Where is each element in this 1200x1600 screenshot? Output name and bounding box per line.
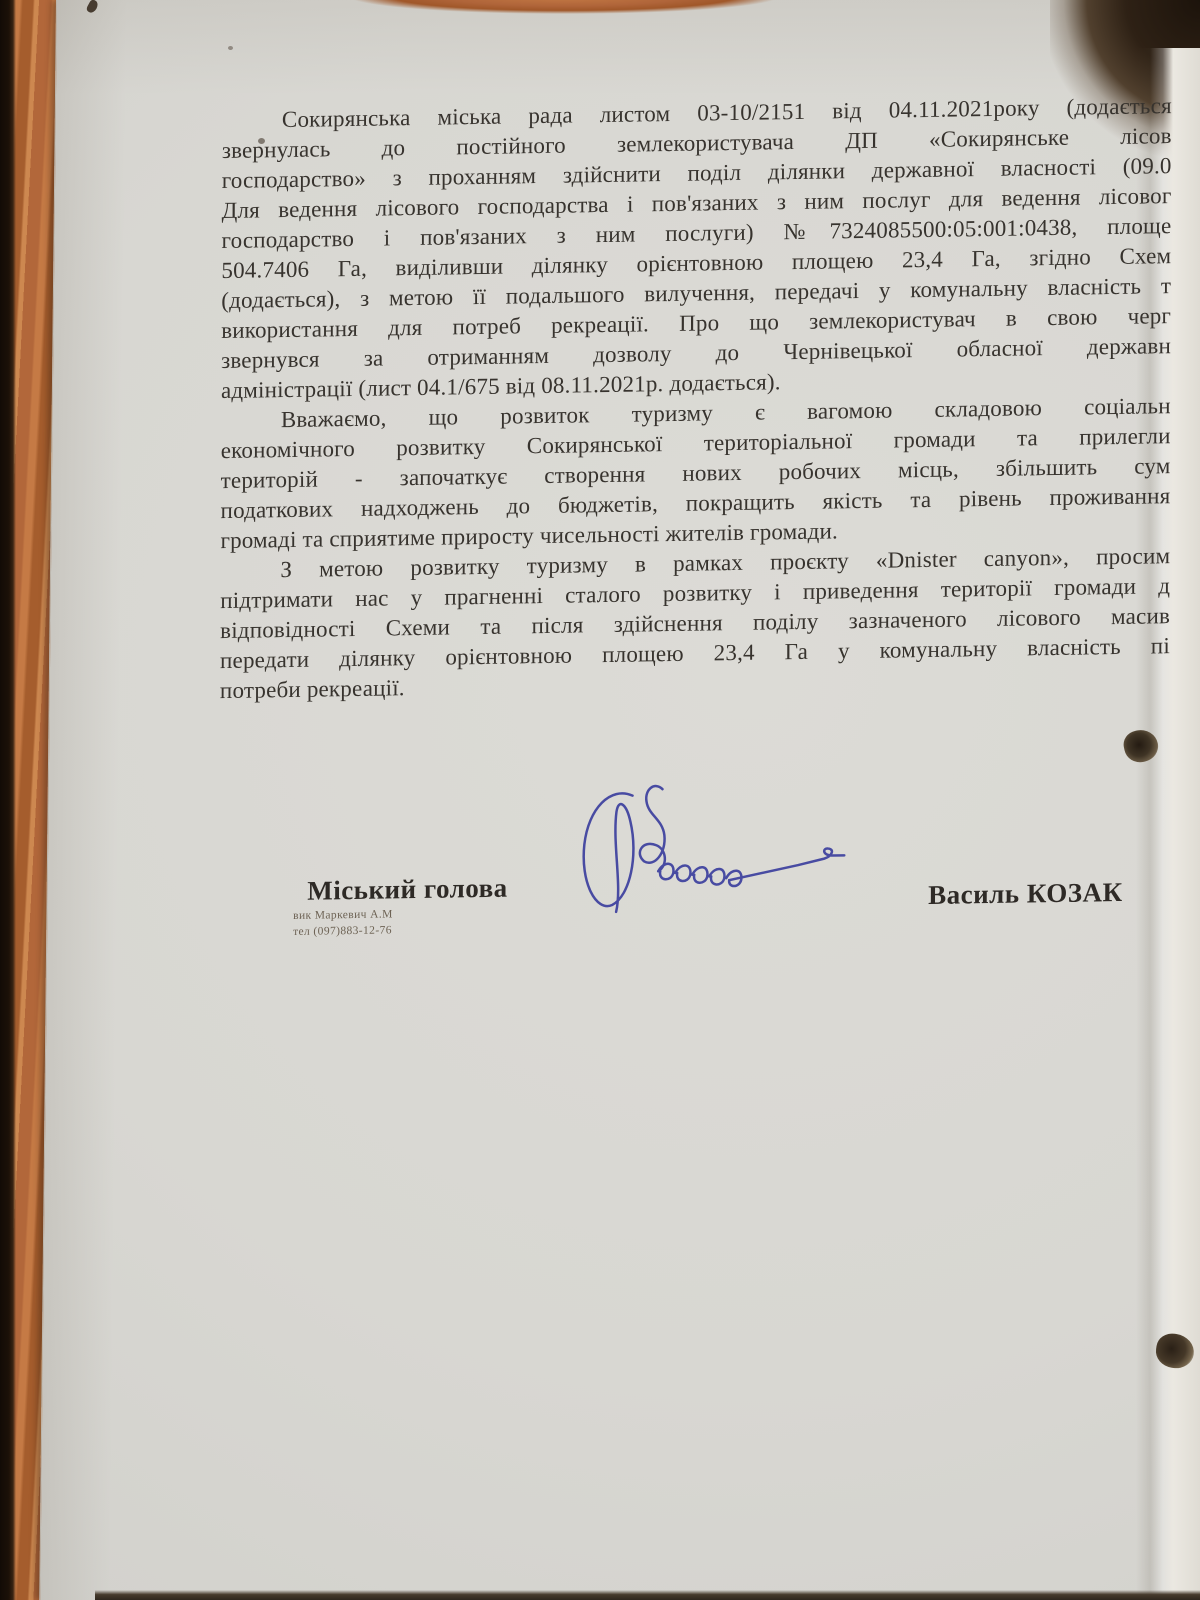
signature-autograph [566,778,866,918]
letter-body: Сокирянська міська рада листом 03-10/215… [219,91,1172,1036]
paragraph: З метою розвитку туризму в рамках проєкт… [220,541,1170,706]
bottom-shadow-strip [95,1590,1200,1600]
signatory-role: Міський голова [307,873,508,906]
executor-name: вик Маркевич А.М [293,906,393,924]
executor-info: вик Маркевич А.М тел (097)883-12-76 [293,906,393,940]
paragraph: Вважаємо, що розвиток туризму є вагомою … [220,391,1170,556]
signatory-name: Василь КОЗАК [928,877,1123,910]
paragraph: Сокирянська міська рада листом 03-10/215… [221,91,1172,406]
executor-phone: тел (097)883-12-76 [293,922,393,940]
letter-paragraphs: Сокирянська міська рада листом 03-10/215… [220,91,1172,706]
paper-speck [228,46,233,50]
paper-left-shading [40,0,127,1600]
